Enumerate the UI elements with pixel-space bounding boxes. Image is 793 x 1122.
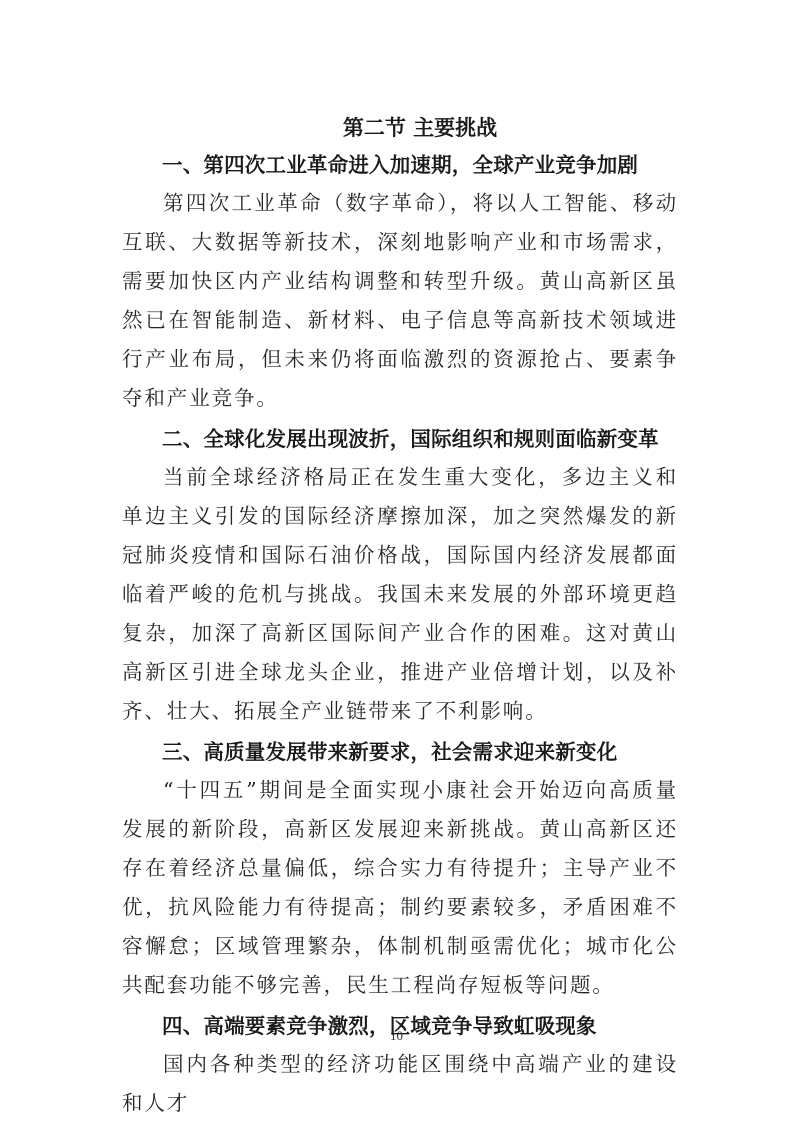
section-paragraph-4: 国内各种类型的经济功能区围绕中高端产业的建设和人才 [122,1045,678,1122]
section-heading-1: 一、第四次工业革命进入加速期，全球产业竞争加剧 [122,146,678,184]
section-title: 第二节 主要挑战 [122,110,678,146]
page-content: 第二节 主要挑战 一、第四次工业革命进入加速期，全球产业竞争加剧 第四次工业革命… [122,110,678,1122]
section-paragraph-1: 第四次工业革命（数字革命），将以人工智能、移动互联、大数据等新技术，深刻地影响产… [122,184,678,418]
page-number: 10 [0,1028,793,1044]
section-heading-3: 三、高质量发展带来新要求，社会需求迎来新变化 [122,733,678,771]
section-paragraph-3: “十四五”期间是全面实现小康社会开始迈向高质量发展的新阶段，高新区发展迎来新挑战… [122,771,678,1005]
section-paragraph-2: 当前全球经济格局正在发生重大变化，多边主义和单边主义引发的国际经济摩擦加深，加之… [122,458,678,731]
section-heading-2: 二、全球化发展出现波折，国际组织和规则面临新变革 [122,420,678,458]
document-page: 第二节 主要挑战 一、第四次工业革命进入加速期，全球产业竞争加剧 第四次工业革命… [0,0,793,1122]
